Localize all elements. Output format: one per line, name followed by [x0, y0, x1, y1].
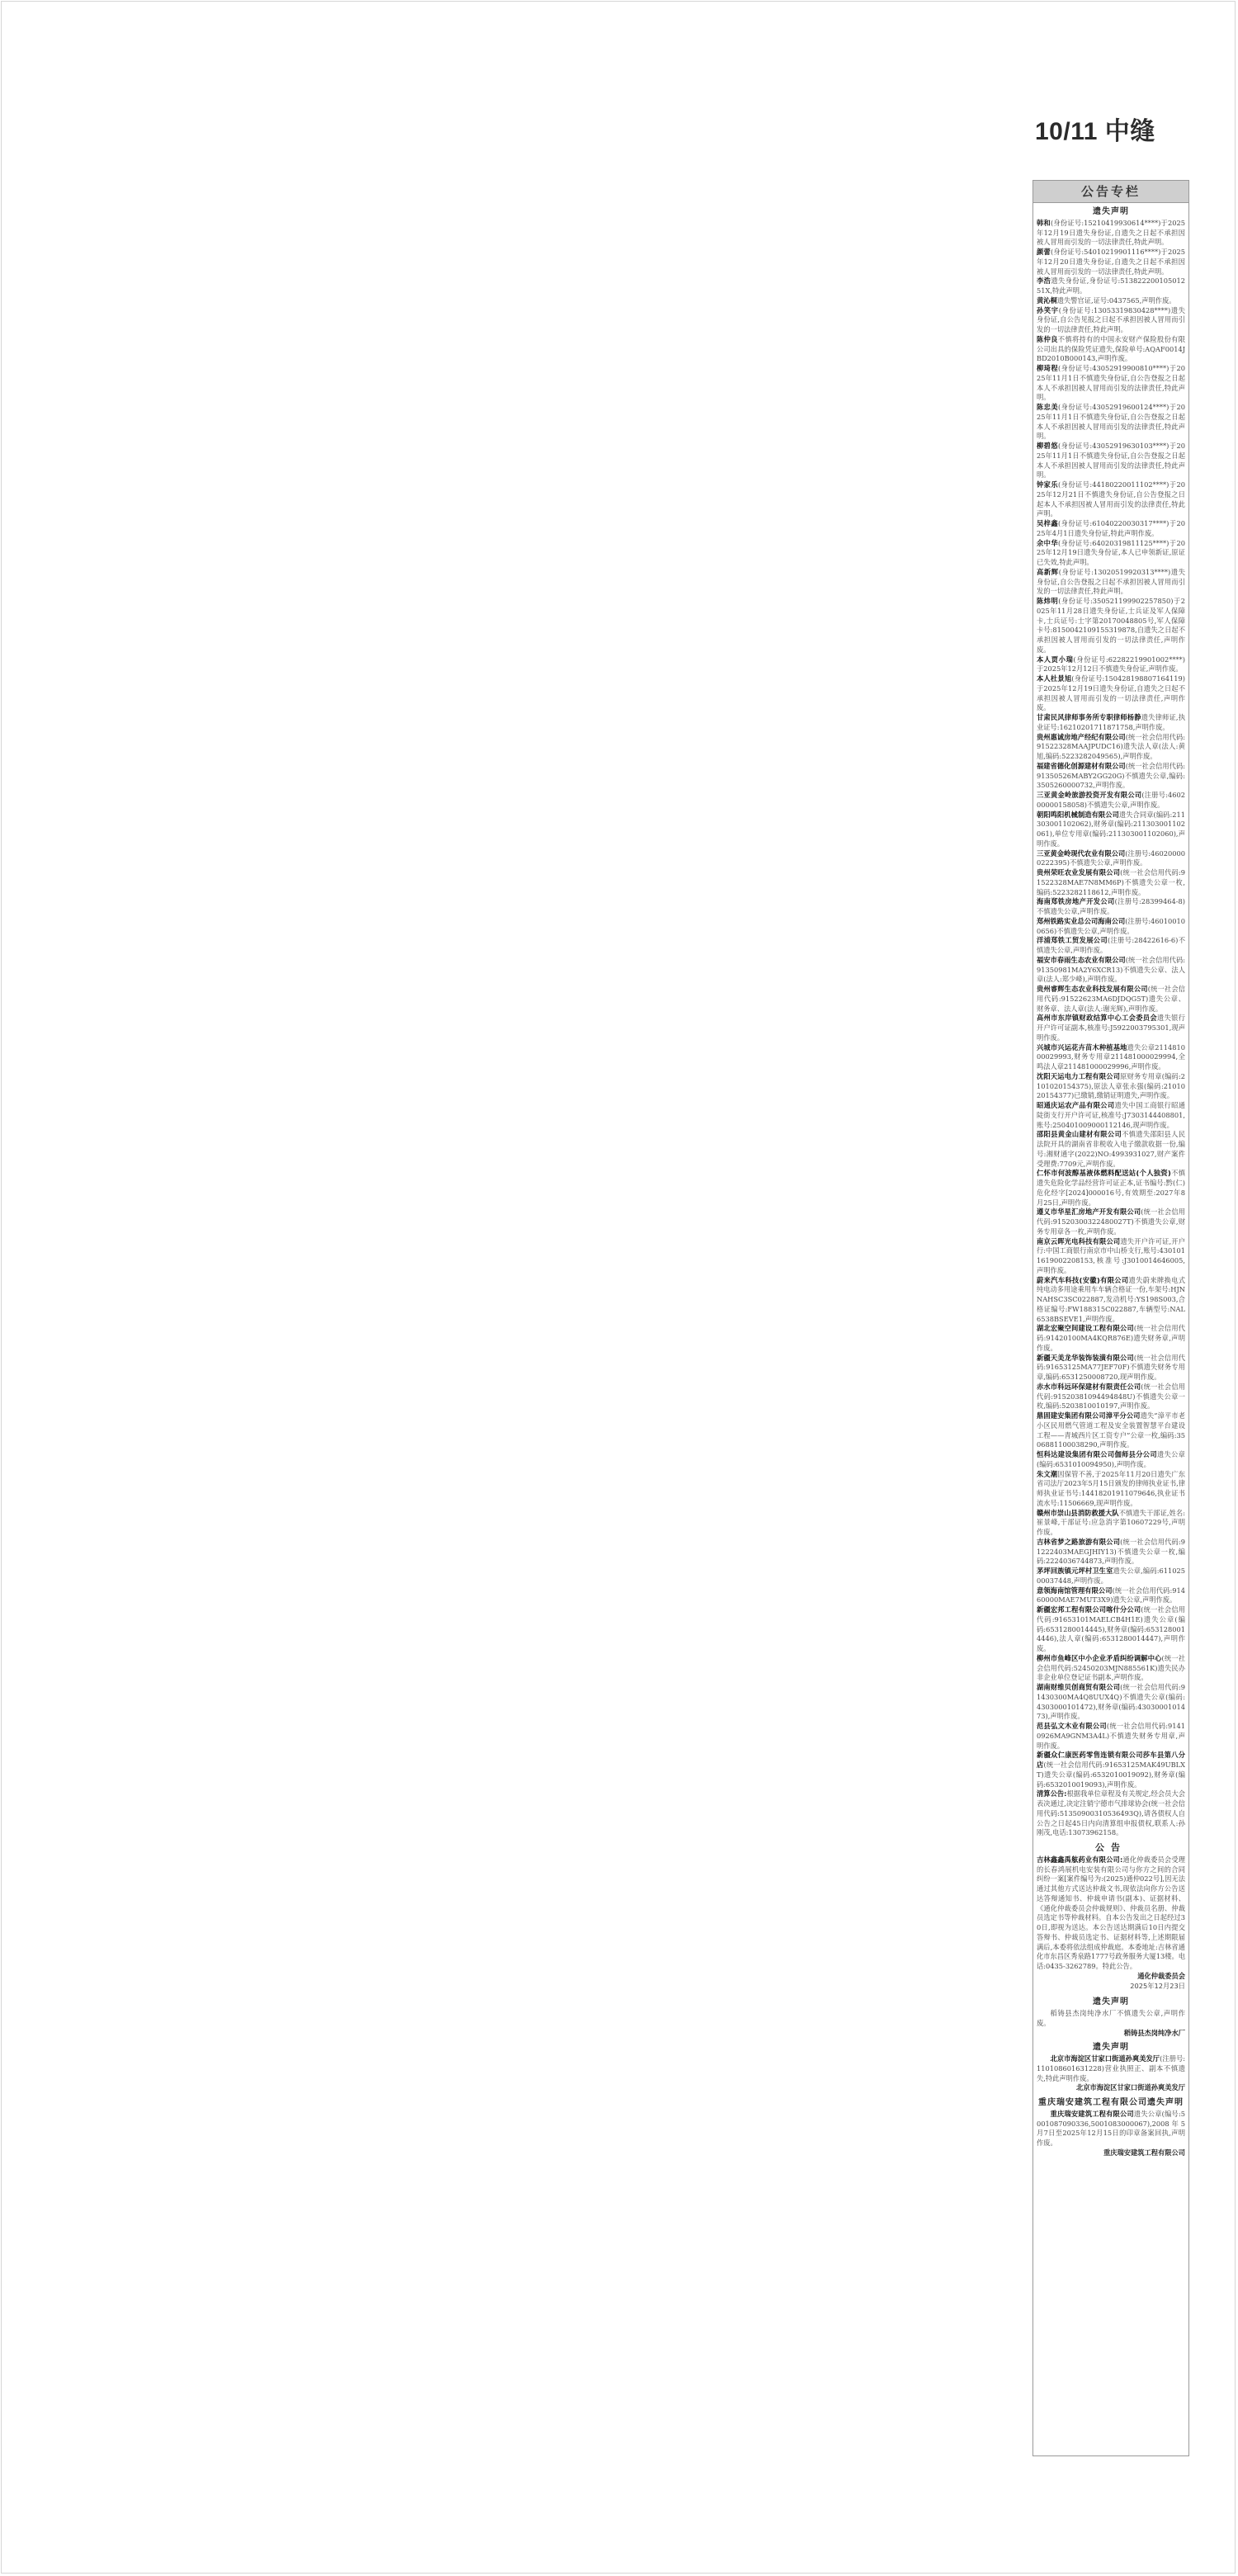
lost-notice-item: 湖北宏聚空间建设工程有限公司(统一社会信用代码:91420100MA4KQR87…: [1037, 1324, 1185, 1353]
lost-notice-item: 高州市东岸镇财政结算中心工会委员会遗失银行开户许可证副本,核准号:J592200…: [1037, 1014, 1185, 1042]
notice-party: 恒科达建设集团有限公司伽师县分公司: [1037, 1450, 1157, 1458]
lost-notice-item: 新疆天美龙华装饰装潢有限公司(统一社会信用代码:91653125MA77JEF7…: [1037, 1354, 1185, 1383]
notice-party: 高州市东岸镇财政结算中心工会委员会: [1037, 1014, 1157, 1022]
notice-party: 仁怀市何波醇基液体燃料配送站(个人独资): [1037, 1169, 1171, 1177]
notice-party: 钟家乐: [1037, 480, 1058, 489]
lost-notice-item: 柳琦程(身份证号:43052919900810****)于2025年11月1日不…: [1037, 364, 1185, 403]
notice-party: 贵州荣旺农业发展有限公司: [1037, 868, 1120, 877]
lost-notice-item: 柳碧悠(身份证号:43052919630103****)于2025年11月1日不…: [1037, 442, 1185, 480]
notice-party: 兴城市兴运花卉苗木种植基地: [1037, 1043, 1127, 1052]
notice-party: 吉林鑫鑫禹舷药业有限公司:: [1037, 1855, 1122, 1864]
lost-notice-item: 柳州市鱼峰区中小企业矛盾纠纷调解中心(统一社会信用代码:52450203MJN8…: [1037, 1654, 1185, 1683]
section-title-announcement: 公告: [1037, 1843, 1185, 1853]
lost-notice-item: 黄沁桐遗失警官证,证号:0437565,声明作废。: [1037, 296, 1185, 306]
lost-notice-item: 孙笑宇(身份证号:13053319830428****)遗失身份证,自公告见报之…: [1037, 306, 1185, 335]
lost-notice-item: 邵阳县黄金山建材有限公司不慎遗失邵阳县人民法院开具的湖南省非税收入电子缴款收据一…: [1037, 1130, 1185, 1169]
notice-text: (身份证号:61040220030317****)于2025年4月1日遗失身份证…: [1037, 519, 1185, 537]
notice-text: (身份证号:43052919900810****)于2025年11月1日不慎遗失…: [1037, 364, 1185, 401]
lost-notice-item: 仁怀市何波醇基液体燃料配送站(个人独资)不慎遗失危险化学品经营许可证正本,证书编…: [1037, 1169, 1185, 1208]
notice-party: 柳碧悠: [1037, 442, 1058, 450]
lost-notice-item: 陈炜明(身份证号:350521199902257850)于2025年11月28日…: [1037, 597, 1185, 655]
notice-party: 吉林省梦之路旅游有限公司: [1037, 1538, 1120, 1546]
lost-notice-item: 贵州惠诚房地产经纪有限公司(统一社会信用代码:91522328MAAJPUDC1…: [1037, 733, 1185, 762]
lost-notice-item: 吉林省梦之路旅游有限公司(统一社会信用代码:91222403MAEGJHIY13…: [1037, 1538, 1185, 1567]
arbitration-notice: 吉林鑫鑫禹舷药业有限公司:通化仲裁委员会受理的长春鸿展机电安装有限公司与你方之间…: [1037, 1855, 1185, 1972]
lost-notice-item: 吴梓鑫(身份证号:61040220030317****)于2025年4月1日遗失…: [1037, 519, 1185, 539]
notice-text: (身份证号:44180220011102****)于2025年12月21日不慎遗…: [1037, 480, 1185, 518]
lost-notice-water-plant: 稻铸县杰岗纯净水厂不慎遗失公章,声明作废。: [1037, 2009, 1185, 2029]
lost-notice-list: 韩和(身份证号:1521041993061​4****)于2025年12月19日…: [1037, 219, 1185, 1838]
lost-notice-item: 韩和(身份证号:1521041993061​4****)于2025年12月19日…: [1037, 219, 1185, 248]
notice-text: (身份证号:43052919600124****)于2025年11月1日不慎遗失…: [1037, 403, 1185, 440]
notice-party: 郑州铁路实业总公司海南公司: [1037, 917, 1125, 925]
lost-notice-item: 高新辉(身份证号:13020519920313****)遗失身份证,自公告登报之…: [1037, 568, 1185, 597]
notice-text: (身份证号:54010219901116****)于2025年12月20日遗失身…: [1037, 248, 1185, 276]
notice-party: 李浩: [1037, 277, 1051, 285]
notice-party: 贵州惠诚房地产经纪有限公司: [1037, 733, 1126, 741]
lost-notice-item: 钟家乐(身份证号:44180220011102****)于2025年12月21日…: [1037, 480, 1185, 519]
notice-text: 稻铸县杰岗纯净水厂不慎遗失公章,声明作废。: [1037, 2009, 1185, 2027]
lost-notice-item: 郑州铁路实业总公司海南公司(注册号:460100100656)不慎遗失公章,声明…: [1037, 917, 1185, 937]
notice-party: 孙笑宇: [1037, 306, 1059, 314]
lost-notice-item: 兴城市兴运花卉苗木种植基地遗失公章211481000029993,财务专用章21…: [1037, 1043, 1185, 1072]
notice-text: (身份证号:13020519920313****)遗失身份证,自公告登报之日起不…: [1037, 568, 1185, 596]
notice-party: 赣州市崇山县消防救援大队: [1037, 1509, 1119, 1517]
lost-notice-item: 湖南财维贝创商贸有限公司(统一社会信用代码:91430300MA4Q8UUX4Q…: [1037, 1683, 1185, 1722]
notice-signer: 稻铸县杰岗纯净水厂: [1037, 2029, 1185, 2039]
notice-text: 因保管不善,于2025年11月20日遗失广东省司法厅2023年5月15日颁发的律…: [1037, 1470, 1185, 1507]
notice-party: 本人贾小瑞: [1037, 655, 1074, 664]
notice-party: 高新辉: [1037, 568, 1059, 576]
notice-party: 三亚黄金岭旅游投资开发有限公司: [1037, 791, 1141, 799]
notice-party: 福安市春雨生态农业有限公司: [1037, 956, 1126, 964]
notice-text: 不慎将持有的中国永安财产保险股份有限公司出具的保险凭证遗失,保险单号:AQAF0…: [1037, 335, 1185, 363]
lost-notice-item: 陈仲良不慎将持有的中国永安财产保险股份有限公司出具的保险凭证遗失,保险单号:AQ…: [1037, 335, 1185, 364]
lost-notice-item: 李浩遗失身份证,身份证号:513822200105012​51X,特此声明。: [1037, 277, 1185, 296]
notice-party: 新疆宏邦工程有限公司喀什分公司: [1037, 1605, 1141, 1614]
notice-party: 赤水市科远环保建材有限责任公司: [1037, 1383, 1141, 1391]
lost-notice-item: 新疆众仁康医药零售连锁有限公司莎车县第八分店(统一社会信用代码:91653125…: [1037, 1751, 1185, 1789]
notice-text: (身份证号:13053319830428****)遗失身份证,自公告见报之日起不…: [1037, 306, 1185, 334]
lost-notice-item: 洋浦郑铁工贸发展公司(注册号:28422616-6)不慎遗失公章,声明作废。: [1037, 936, 1185, 956]
notice-party: 三亚黄金岭现代农业有限公司: [1037, 849, 1125, 858]
lost-notice-item: 意领海南馆管理有限公司(统一社会信用代码:91460000MAE7MUT3X9)…: [1037, 1586, 1185, 1606]
notice-party: 陈仲良: [1037, 335, 1058, 343]
lost-notice-item: 赤水市科远环保建材有限责任公司(统一社会信用代码:915203810944948…: [1037, 1383, 1185, 1411]
notice-date: 2025年12月23日: [1037, 1982, 1185, 1992]
lost-notice-item: 茅坪回族镇元坪村卫生室遗失公章,编码:611025000374​48,声明作废。: [1037, 1567, 1185, 1586]
notice-party: 湖北宏聚空间建设工程有限公司: [1037, 1324, 1134, 1332]
notice-party: 柳琦程: [1037, 364, 1058, 372]
notice-party: 海南郑铁房地产开发公司: [1037, 897, 1115, 905]
lost-notice-item: 清算公告:根据我单位章程及有关规定,经会员大会表决通过,决定注销宁德市气排球协会…: [1037, 1789, 1185, 1838]
lost-notice-item: 鼎固建安集团有限公司漳平分公司遗失“漳平市老小区民用燃气管道工程及安全装置智慧平…: [1037, 1411, 1185, 1450]
notice-party: 洋浦郑铁工贸发展公司: [1037, 936, 1108, 944]
notice-signer: 通化仲裁委员会: [1037, 1972, 1185, 1982]
section-title-lost-notices: 遗失声明: [1037, 207, 1185, 217]
lost-notice-salon: 北京市海淀区甘家口街道孙爽美发厅(注册号:110108601631228)营业执…: [1037, 2054, 1185, 2083]
lost-notice-item: 新疆宏邦工程有限公司喀什分公司(统一社会信用代码:91653101MAELCB4…: [1037, 1605, 1185, 1654]
notice-text: (统一社会信用代码:91653125MAK49UBLXT)遗失公章(编码:653…: [1037, 1761, 1185, 1789]
lost-notice-item: 福建省德化创源建材有限公司(统一社会信用代码:91350526MABY2GG20…: [1037, 762, 1185, 791]
column-body: 遗失声明 韩和(身份证号:1521041993061​4****)于2025年1…: [1033, 203, 1188, 2158]
lost-notice-item: 朝阳鸣阳机械制造有限公司遗失合同章(编码:2113030011020​62),财…: [1037, 811, 1185, 849]
lost-notice-item: 贵州荣旺农业发展有限公司(统一社会信用代码:91522328MAE7N8MM6P…: [1037, 868, 1185, 897]
announcement-column: 公告专栏 遗失声明 韩和(身份证号:1521041993061​4****)于2…: [1032, 180, 1189, 2456]
notice-signer: 北京市海淀区甘家口街道孙爽美发厅: [1037, 2083, 1185, 2093]
notice-party: 遵义市华星汇房地产开发有限公司: [1037, 1208, 1141, 1216]
notice-text: 通化仲裁委员会受理的长春鸿展机电安装有限公司与你方之间的合同纠纷一案[案件编号为…: [1037, 1855, 1185, 1970]
notice-party: 柳州市鱼峰区中小企业矛盾纠纷调解中心: [1037, 1654, 1162, 1662]
lost-notice-item: 蔚来汽车科技(安徽)有限公司遗失蔚来牌换电式纯电动多用途乘用车车辆合格证一份,车…: [1037, 1276, 1185, 1325]
notice-party: 朝阳鸣阳机械制造有限公司: [1037, 811, 1119, 819]
section-title-lost-2: 遗失声明: [1037, 1997, 1185, 2007]
notice-text: (身份证号:1521041993061​4****)于2025年12月19日遗失…: [1037, 219, 1185, 247]
notice-party: 鼎固建安集团有限公司漳平分公司: [1037, 1411, 1141, 1420]
notice-party: 邵阳县黄金山建材有限公司: [1037, 1130, 1122, 1138]
notice-party: 北京市海淀区甘家口街道孙爽美发厅: [1051, 2054, 1160, 2063]
lost-notice-item: 颜蕾(身份证号:54010219901116****)于2025年12月20日遗…: [1037, 248, 1185, 277]
page-header: 10/11 中缝: [1035, 111, 1155, 147]
notice-party: 本人杜景旭: [1037, 674, 1071, 683]
notice-party: 韩和: [1037, 219, 1051, 227]
notice-party: 陈炜明: [1037, 597, 1058, 605]
notice-party: 新疆天美龙华装饰装潢有限公司: [1037, 1354, 1134, 1362]
notice-party: 范县弘文木业有限公司: [1037, 1722, 1107, 1730]
notice-party: 陈忠美: [1037, 403, 1058, 411]
notice-text: 遗失身份证,身份证号:513822200105012​51X,特此声明。: [1037, 277, 1185, 295]
notice-party: 意领海南馆管理有限公司: [1037, 1586, 1113, 1595]
notice-party: 黄沁桐: [1037, 296, 1057, 305]
lost-notice-item: 贵州睿辉生态农业科技发展有限公司(统一社会信用代码:91522623MA6DJD…: [1037, 985, 1185, 1014]
notice-party: 湖南财维贝创商贸有限公司: [1037, 1683, 1120, 1691]
lost-notice-item: 甘肃民风律师事务所专职律师杨静遗失律师证,执业证号:16210201711871…: [1037, 713, 1185, 733]
lost-notice-construction: 重庆瑞安建筑工程有限公司遗失公章(编号:5001087090336,500108…: [1037, 2110, 1185, 2148]
notice-text: (身份证号:64020319811125****)于2025年12月19日遗失身…: [1037, 539, 1185, 567]
notice-text: (身份证号:350521199902257850)于2025年11月28日遗失身…: [1037, 597, 1185, 654]
lost-notice-item: 三亚黄金岭旅游投资开发有限公司(注册号:460200000158058)不慎遗失…: [1037, 791, 1185, 811]
lost-notice-item: 本人杜景旭(身份证号:150428198807164119)于2025年12月1…: [1037, 674, 1185, 713]
lost-notice-item: 余中华(身份证号:64020319811125****)于2025年12月19日…: [1037, 539, 1185, 568]
lost-notice-item: 昭通庆运农产品有限公司遗失中国工商银行昭通陡街支行开户许可证,核准号:J7303…: [1037, 1101, 1185, 1130]
lost-notice-item: 海南郑铁房地产开发公司(注册号:28399464-8)不慎遗失公章,声明作废。: [1037, 897, 1185, 917]
notice-party: 昭通庆运农产品有限公司: [1037, 1101, 1114, 1109]
lost-notice-item: 朱文潮因保管不善,于2025年11月20日遗失广东省司法厅2023年5月15日颁…: [1037, 1470, 1185, 1509]
section-title-lost-4: 重庆瑞安建筑工程有限公司遗失声明: [1037, 2098, 1185, 2108]
lost-notice-item: 福安市春雨生态农业有限公司(统一社会信用代码:91350981MA2Y6XCR1…: [1037, 956, 1185, 985]
section-title-lost-3: 遗失声明: [1037, 2043, 1185, 2053]
lost-notice-item: 本人贾小瑞(身份证号:62282219901002****)于2025年12月1…: [1037, 655, 1185, 675]
lost-notice-item: 三亚黄金岭现代农业有限公司(注册号:460200000222395)不慎遗失公章…: [1037, 849, 1185, 869]
lost-notice-item: 恒科达建设集团有限公司伽师县分公司遗失公章(编码:6531010094950),…: [1037, 1450, 1185, 1470]
lost-notice-item: 南京云晖光电科技有限公司遗失开户许可证,开户行:中国工商银行南京市中山桥支行,账…: [1037, 1237, 1185, 1276]
notice-party: 福建省德化创源建材有限公司: [1037, 762, 1126, 770]
notice-signer: 重庆瑞安建筑工程有限公司: [1037, 2148, 1185, 2158]
notice-party: 沈阳天运电力工程有限公司: [1037, 1072, 1120, 1080]
notice-party: 南京云晖光电科技有限公司: [1037, 1237, 1120, 1245]
column-title: 公告专栏: [1033, 181, 1188, 203]
notice-party: 颜蕾: [1037, 248, 1051, 256]
lost-notice-item: 遵义市华星汇房地产开发有限公司(统一社会信用代码:915203003224800…: [1037, 1208, 1185, 1236]
notice-party: 朱文潮: [1037, 1470, 1057, 1478]
notice-party: 吴梓鑫: [1037, 519, 1058, 527]
notice-party: 余中华: [1037, 539, 1058, 547]
notice-text: 遗失警官证,证号:0437565,声明作废。: [1057, 296, 1176, 305]
lost-notice-item: 赣州市崇山县消防救援大队不慎遗失干部证,姓名:崔景峰,干部证号:应急消字第106…: [1037, 1509, 1185, 1538]
notice-party: 重庆瑞安建筑工程有限公司: [1051, 2110, 1134, 2118]
notice-party: 清算公告:: [1037, 1789, 1066, 1798]
lost-notice-item: 范县弘文木业有限公司(统一社会信用代码:91410926MA9GNM3A4L)不…: [1037, 1722, 1185, 1751]
notice-party: 蔚来汽车科技(安徽)有限公司: [1037, 1276, 1129, 1284]
notice-party: 贵州睿辉生态农业科技发展有限公司: [1037, 985, 1148, 993]
notice-party: 甘肃民风律师事务所专职律师杨静: [1037, 713, 1141, 721]
notice-party: 茅坪回族镇元坪村卫生室: [1037, 1567, 1113, 1575]
lost-notice-item: 沈阳天运电力工程有限公司原财务专用章(编码:2101020154375),原法人…: [1037, 1072, 1185, 1101]
notice-text: (身份证号:43052919630103****)于2025年11月1日不慎遗失…: [1037, 442, 1185, 479]
lost-notice-item: 陈忠美(身份证号:43052919600124****)于2025年11月1日不…: [1037, 403, 1185, 442]
